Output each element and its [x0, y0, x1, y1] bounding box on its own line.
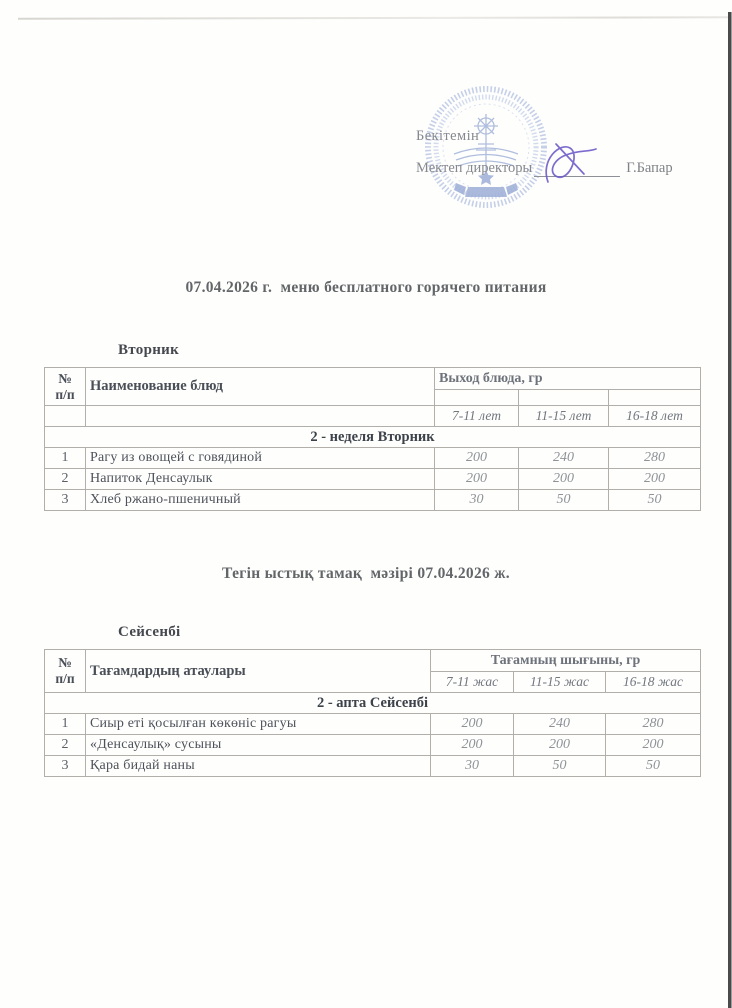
row-number: 3 [45, 490, 86, 511]
document-title-ru: 07.04.2026 г. меню бесплатного горячего … [0, 279, 732, 297]
table-row: 3 Қара бидай наны 30 50 50 [45, 756, 701, 777]
empty-cell [609, 390, 701, 406]
col-header-dish: Наименование блюд [86, 368, 435, 406]
age-col-3: 16-18 лет [609, 406, 701, 427]
col-header-output: Тағамның шығыны, гр [431, 650, 701, 672]
portion-value: 50 [609, 490, 701, 511]
portion-value: 240 [514, 714, 606, 735]
director-name: Г.Бапар [626, 160, 672, 177]
portion-value: 200 [609, 469, 701, 490]
row-number: 2 [45, 469, 86, 490]
portion-value: 200 [514, 735, 606, 756]
row-number: 1 [45, 448, 86, 469]
age-col-3: 16-18 жас [606, 672, 701, 693]
col-header-num: № п/п [45, 650, 86, 693]
empty-cell [86, 406, 435, 427]
col-header-dish: Тағамдардың атаулары [86, 650, 431, 693]
col-header-output: Выход блюда, гр [435, 368, 701, 390]
empty-cell [435, 390, 519, 406]
row-number: 3 [45, 756, 86, 777]
portion-value: 30 [431, 756, 514, 777]
empty-cell [45, 406, 86, 427]
portion-value: 50 [606, 756, 701, 777]
portion-value: 30 [435, 490, 519, 511]
row-number: 1 [45, 714, 86, 735]
table-row: 2 Напиток Денсаулык 200 200 200 [45, 469, 701, 490]
dish-name: Хлеб ржано-пшеничный [86, 490, 435, 511]
table-row: 3 Хлеб ржано-пшеничный 30 50 50 [45, 490, 701, 511]
age-col-1: 7-11 лет [435, 406, 519, 427]
portion-value: 200 [606, 735, 701, 756]
dish-name: «Денсаулық» сусыны [86, 735, 431, 756]
portion-value: 200 [519, 469, 609, 490]
week-band: 2 - неделя Вторник [45, 427, 701, 448]
age-col-1: 7-11 жас [431, 672, 514, 693]
dish-name: Сиыр еті қосылған көкөніс рагуы [86, 714, 431, 735]
day-label-kk: Сейсенбі [118, 624, 181, 641]
portion-value: 200 [431, 735, 514, 756]
director-label: Мектеп директоры [416, 160, 532, 177]
portion-value: 50 [514, 756, 606, 777]
portion-value: 240 [519, 448, 609, 469]
director-signature [532, 136, 614, 190]
table-row: 1 Сиыр еті қосылған көкөніс рагуы 200 24… [45, 714, 701, 735]
scan-artifact-line [18, 16, 732, 19]
col-header-num: № п/п [45, 368, 86, 406]
week-band: 2 - апта Сейсенбі [45, 693, 701, 714]
dish-name: Напиток Денсаулык [86, 469, 435, 490]
portion-value: 200 [435, 448, 519, 469]
document-title-kk: Тегін ыстық тамақ мәзірі 07.04.2026 ж. [0, 565, 732, 583]
portion-value: 50 [519, 490, 609, 511]
portion-value: 200 [431, 714, 514, 735]
portion-value: 280 [609, 448, 701, 469]
dish-name: Рагу из овощей с говядиной [86, 448, 435, 469]
menu-table-ru: № п/п Наименование блюд Выход блюда, гр … [44, 367, 701, 511]
age-col-2: 11-15 лет [519, 406, 609, 427]
portion-value: 200 [435, 469, 519, 490]
empty-cell [519, 390, 609, 406]
day-label-ru: Вторник [118, 342, 179, 359]
portion-value: 280 [606, 714, 701, 735]
scan-edge-shadow [728, 12, 732, 1008]
menu-table-kk: № п/п Тағамдардың атаулары Тағамның шығы… [44, 649, 701, 777]
scanned-menu-document: Бекітемін Мектеп директоры Г.Бапар 07.04… [0, 0, 732, 1008]
table-row: 2 «Денсаулық» сусыны 200 200 200 [45, 735, 701, 756]
age-col-2: 11-15 жас [514, 672, 606, 693]
table-row: 1 Рагу из овощей с говядиной 200 240 280 [45, 448, 701, 469]
row-number: 2 [45, 735, 86, 756]
dish-name: Қара бидай наны [86, 756, 431, 777]
